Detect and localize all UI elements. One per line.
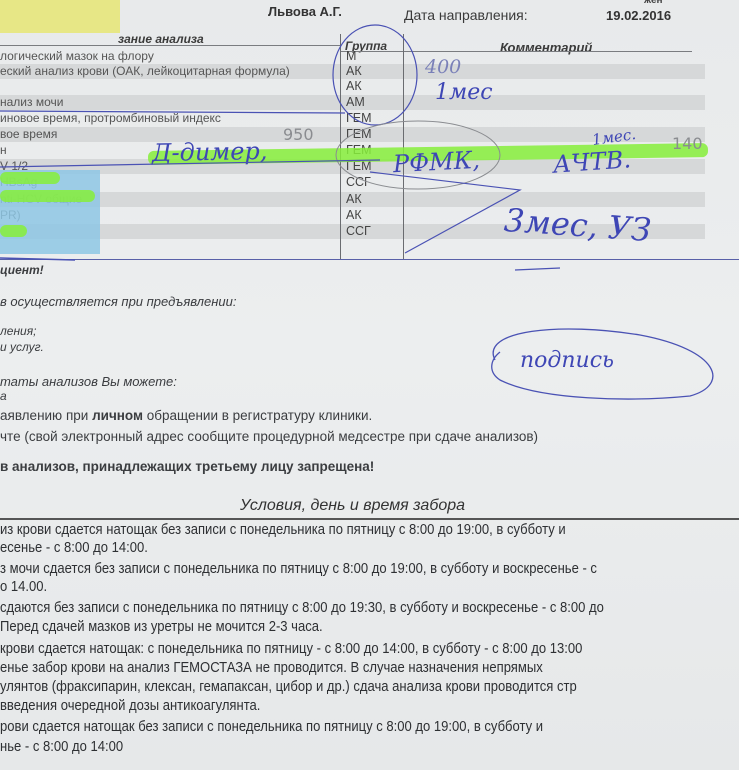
analysis-group: АМ: [346, 95, 365, 109]
handwritten-note: 1мес: [435, 80, 493, 105]
notice-greeting: циент!: [0, 263, 44, 277]
handwritten-note: РФМК,: [392, 146, 480, 179]
condition-line: енье забор крови на анализ ГЕМОСТАЗА не …: [0, 660, 543, 676]
condition-line: о 14.00.: [0, 579, 47, 595]
analysis-name: логический мазок на флору: [0, 49, 154, 63]
analysis-group: АК: [346, 79, 362, 93]
condition-line: из крови сдается натощак без записи с по…: [0, 522, 566, 538]
conditions-title: Условия, день и время забора: [240, 497, 465, 515]
table-row: nti-HCV общиеАК: [0, 192, 705, 207]
condition-line: Перед сдачей мазков из уретры не мочится…: [0, 619, 323, 635]
signature: подпись: [520, 348, 614, 373]
table-row: HBsAgССГ: [0, 175, 705, 190]
notice-item: и услуг.: [0, 340, 44, 354]
header-divider: [0, 45, 340, 46]
conditions-divider: [0, 518, 739, 520]
analysis-group: ССГ: [346, 224, 371, 238]
handwritten-note: 400: [425, 56, 461, 78]
analysis-name: н: [0, 143, 7, 157]
handwritten-note: Д-димер,: [152, 137, 268, 167]
table-row: АК: [0, 79, 705, 94]
referral-document: жен Львова А.Г. Дата направления: 19.02.…: [0, 0, 739, 770]
analysis-group: М: [346, 49, 356, 63]
results-item-emphasis: личном: [92, 408, 143, 423]
column-header-analysis: зание анализа: [118, 32, 204, 46]
patient-gender: жен: [644, 0, 663, 6]
table-bottom-line: [0, 259, 739, 260]
referral-date: 19.02.2016: [606, 8, 671, 23]
notice-line: в осуществляется при предъявлении:: [0, 294, 236, 309]
results-item: аявлению при личном обращении в регистра…: [0, 408, 372, 423]
green-highlight: [0, 225, 27, 237]
table-row: нализ мочиАМ: [0, 95, 705, 110]
results-intro: таты анализов Вы можете:: [0, 374, 177, 389]
condition-line: улянтов (фраксипарин, клексан, гемапакса…: [0, 679, 577, 695]
warning-text: в анализов, принадлежащих третьему лицу …: [0, 459, 374, 474]
condition-line: нье - с 8:00 до 14:00: [0, 739, 123, 755]
dash-mark: [515, 268, 560, 270]
green-highlight: [0, 172, 60, 184]
results-item-text: обращении в регистратуру клиники.: [143, 408, 372, 423]
notice-item: ления;: [0, 324, 36, 338]
analysis-name: вое время: [0, 127, 57, 141]
handwritten-note: 140: [672, 134, 703, 153]
analysis-group: АК: [346, 208, 362, 222]
analysis-name: еский анализ крови (ОАК, лейкоцитарная ф…: [0, 64, 290, 78]
analysis-group: АК: [346, 192, 362, 206]
analysis-name: нализ мочи: [0, 95, 63, 109]
results-item-text: аявлению при: [0, 408, 92, 423]
condition-line: сдаются без записи с понедельника по пят…: [0, 600, 604, 616]
table-row: логический мазок на флоруМ: [0, 49, 705, 64]
condition-line: рови сдается натощак без записи с понеде…: [0, 719, 543, 735]
analysis-name: иновое время, протромбиновый индекс: [0, 111, 221, 125]
condition-line: з мочи сдается без записи с понедельника…: [0, 561, 597, 577]
analysis-group: ГЕМ: [346, 111, 372, 125]
table-row: еский анализ крови (ОАК, лейкоцитарная ф…: [0, 64, 705, 79]
referral-date-label: Дата направления:: [404, 7, 528, 23]
condition-line: крови сдается натощак: с понедельника по…: [0, 641, 582, 657]
analysis-group: ССГ: [346, 175, 371, 189]
green-highlight: [0, 190, 95, 202]
analysis-group: АК: [346, 64, 362, 78]
handwritten-note: АЧТВ.: [552, 145, 632, 178]
condition-line: введения очередной дозы антикоагулянта.: [0, 698, 260, 714]
condition-line: есенье - с 8:00 до 14:00.: [0, 540, 148, 556]
results-item: чте (свой электронный адрес сообщите про…: [0, 429, 538, 444]
results-item: а: [0, 389, 7, 403]
table-row: иновое время, протромбиновый индексГЕМ: [0, 111, 705, 126]
column-divider-left: [340, 34, 341, 259]
analysis-group: ГЕМ: [346, 127, 372, 141]
handwritten-note: 950: [283, 125, 314, 144]
patient-name: Львова А.Г.: [268, 4, 342, 19]
sticky-note: [0, 0, 120, 33]
